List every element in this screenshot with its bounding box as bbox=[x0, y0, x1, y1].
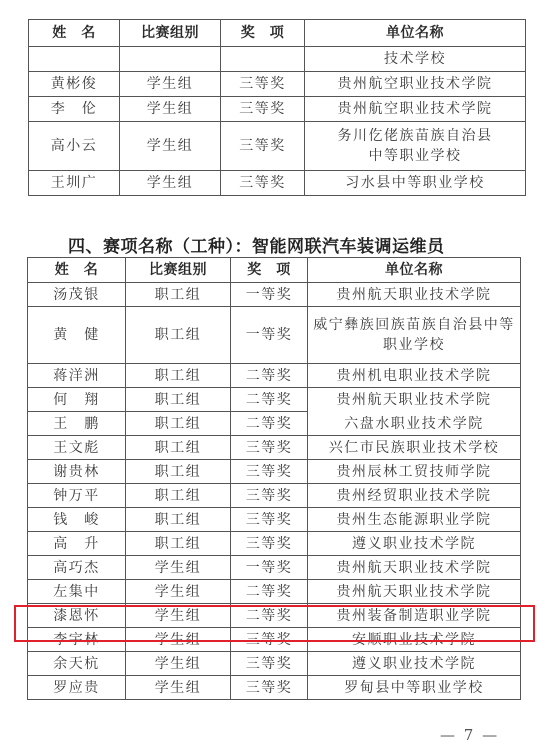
table-header-row: 姓 名 比赛组别 奖 项 单位名称 bbox=[29, 20, 526, 47]
cell-name: 李宇林 bbox=[28, 628, 126, 652]
cell-unit: 习水县中等职业学校 bbox=[305, 171, 526, 196]
table-row: 王圳广 学生组 三等奖 习水县中等职业学校 bbox=[29, 171, 526, 196]
cell-group: 职工组 bbox=[126, 460, 231, 484]
table-row: 左集中 学生组 二等奖 贵州航天职业技术学院 bbox=[28, 580, 521, 604]
table-row: 蒋洋洲 职工组 二等奖 贵州机电职业技术学院 bbox=[28, 364, 521, 388]
header-group: 比赛组别 bbox=[120, 20, 221, 47]
header-unit: 单位名称 bbox=[305, 20, 526, 47]
cell-award: 三等奖 bbox=[231, 508, 308, 532]
cell-unit: 遵义职业技术学院 bbox=[308, 532, 521, 556]
cell-group: 学生组 bbox=[126, 628, 231, 652]
cell-name: 黄彬俊 bbox=[29, 72, 120, 97]
cell-award: 三等奖 bbox=[221, 122, 305, 171]
cell-unit: 安顺职业技术学院 bbox=[308, 628, 521, 652]
cell-unit-line: 务川仡佬族苗族自治县 bbox=[305, 126, 525, 146]
header-name: 姓 名 bbox=[28, 258, 126, 283]
cell-name bbox=[29, 47, 120, 72]
award-table-smart-connected-vehicle: 姓 名 比赛组别 奖 项 单位名称 汤茂银 职工组 一等奖 贵州航天职业技术学院… bbox=[27, 257, 521, 700]
cell-award: 二等奖 bbox=[231, 388, 308, 412]
table-row-highlighted: 漆恩怀 学生组 二等奖 贵州装备制造职业学院 bbox=[28, 604, 521, 628]
cell-name: 李 伦 bbox=[29, 97, 120, 122]
cell-group: 学生组 bbox=[120, 122, 221, 171]
cell-unit: 六盘水职业技术学院 bbox=[308, 412, 521, 436]
cell-award bbox=[221, 47, 305, 72]
cell-name: 王 鹏 bbox=[28, 412, 126, 436]
table-row: 钟万平 职工组 三等奖 贵州经贸职业技术学院 bbox=[28, 484, 521, 508]
award-table-continued: 姓 名 比赛组别 奖 项 单位名称 技术学校 黄彬俊 学生组 三等奖 贵州航空职… bbox=[28, 19, 526, 196]
table-row: 黄 健 职工组 一等奖 威宁彝族回族苗族自治县中等 职业学校 bbox=[28, 307, 521, 364]
header-unit: 单位名称 bbox=[308, 258, 521, 283]
cell-unit-line: 职业学校 bbox=[308, 335, 520, 355]
table-row: 何 翔 职工组 二等奖 贵州航天职业技术学院 bbox=[28, 388, 521, 412]
cell-award: 三等奖 bbox=[231, 484, 308, 508]
cell-group bbox=[120, 47, 221, 72]
table-row: 汤茂银 职工组 一等奖 贵州航天职业技术学院 bbox=[28, 283, 521, 307]
cell-name: 何 翔 bbox=[28, 388, 126, 412]
cell-unit: 兴仁市民族职业技术学校 bbox=[308, 436, 521, 460]
cell-unit: 遵义职业技术学院 bbox=[308, 652, 521, 676]
cell-award: 三等奖 bbox=[221, 171, 305, 196]
cell-award: 三等奖 bbox=[231, 436, 308, 460]
cell-name: 余天杭 bbox=[28, 652, 126, 676]
cell-group: 学生组 bbox=[126, 676, 231, 700]
cell-name: 漆恩怀 bbox=[28, 604, 126, 628]
cell-award: 二等奖 bbox=[231, 604, 308, 628]
cell-group: 职工组 bbox=[126, 508, 231, 532]
table-row: 谢贵林 职工组 三等奖 贵州辰林工贸技师学院 bbox=[28, 460, 521, 484]
header-group: 比赛组别 bbox=[126, 258, 231, 283]
cell-unit: 贵州航天职业技术学院 bbox=[308, 580, 521, 604]
cell-name: 蒋洋洲 bbox=[28, 364, 126, 388]
cell-name: 高 升 bbox=[28, 532, 126, 556]
cell-name: 钟万平 bbox=[28, 484, 126, 508]
cell-name: 高巧杰 bbox=[28, 556, 126, 580]
table-row: 高巧杰 学生组 一等奖 贵州航天职业技术学院 bbox=[28, 556, 521, 580]
header-name: 姓 名 bbox=[29, 20, 120, 47]
table-row: 钱 峻 职工组 三等奖 贵州生态能源职业学院 bbox=[28, 508, 521, 532]
cell-award: 三等奖 bbox=[231, 532, 308, 556]
cell-group: 学生组 bbox=[126, 652, 231, 676]
cell-award: 三等奖 bbox=[231, 652, 308, 676]
table-row: 高小云 学生组 三等奖 务川仡佬族苗族自治县 中等职业学校 bbox=[29, 122, 526, 171]
table-row: 黄彬俊 学生组 三等奖 贵州航空职业技术学院 bbox=[29, 72, 526, 97]
cell-unit: 贵州航天职业技术学院 bbox=[308, 388, 521, 412]
cell-award: 三等奖 bbox=[231, 628, 308, 652]
cell-award: 三等奖 bbox=[221, 97, 305, 122]
cell-unit-line: 中等职业学校 bbox=[305, 146, 525, 166]
cell-name: 左集中 bbox=[28, 580, 126, 604]
cell-award: 三等奖 bbox=[231, 676, 308, 700]
cell-award: 一等奖 bbox=[231, 307, 308, 364]
cell-unit: 威宁彝族回族苗族自治县中等 职业学校 bbox=[308, 307, 521, 364]
cell-group: 职工组 bbox=[126, 532, 231, 556]
header-award: 奖 项 bbox=[231, 258, 308, 283]
cell-unit: 罗甸县中等职业学校 bbox=[308, 676, 521, 700]
cell-name: 高小云 bbox=[29, 122, 120, 171]
cell-group: 学生组 bbox=[120, 171, 221, 196]
cell-unit: 贵州装备制造职业学院 bbox=[308, 604, 521, 628]
cell-award: 三等奖 bbox=[231, 460, 308, 484]
table-header-row: 姓 名 比赛组别 奖 项 单位名称 bbox=[28, 258, 521, 283]
cell-unit: 贵州机电职业技术学院 bbox=[308, 364, 521, 388]
cell-unit: 贵州航空职业技术学院 bbox=[305, 72, 526, 97]
cell-name: 黄 健 bbox=[28, 307, 126, 364]
cell-unit: 贵州航天职业技术学院 bbox=[308, 556, 521, 580]
table-row: 余天杭 学生组 三等奖 遵义职业技术学院 bbox=[28, 652, 521, 676]
cell-name: 王圳广 bbox=[29, 171, 120, 196]
table-row: 高 升 职工组 三等奖 遵义职业技术学院 bbox=[28, 532, 521, 556]
cell-unit: 贵州生态能源职业学院 bbox=[308, 508, 521, 532]
cell-group: 职工组 bbox=[126, 364, 231, 388]
cell-group: 学生组 bbox=[126, 604, 231, 628]
cell-group: 学生组 bbox=[126, 580, 231, 604]
cell-award: 二等奖 bbox=[231, 412, 308, 436]
cell-group: 职工组 bbox=[126, 412, 231, 436]
cell-name: 王文彪 bbox=[28, 436, 126, 460]
table-row: 王 鹏 职工组 二等奖 六盘水职业技术学院 bbox=[28, 412, 521, 436]
cell-award: 二等奖 bbox=[231, 364, 308, 388]
cell-group: 学生组 bbox=[126, 556, 231, 580]
cell-unit: 务川仡佬族苗族自治县 中等职业学校 bbox=[305, 122, 526, 171]
cell-unit: 贵州航空职业技术学院 bbox=[305, 97, 526, 122]
cell-award: 一等奖 bbox=[231, 556, 308, 580]
cell-group: 学生组 bbox=[120, 72, 221, 97]
table-row: 王文彪 职工组 三等奖 兴仁市民族职业技术学校 bbox=[28, 436, 521, 460]
table-row: 李宇林 学生组 三等奖 安顺职业技术学院 bbox=[28, 628, 521, 652]
cell-group: 学生组 bbox=[120, 97, 221, 122]
cell-group: 职工组 bbox=[126, 307, 231, 364]
cell-name: 罗应贵 bbox=[28, 676, 126, 700]
cell-award: 一等奖 bbox=[231, 283, 308, 307]
cell-group: 职工组 bbox=[126, 388, 231, 412]
cell-name: 钱 峻 bbox=[28, 508, 126, 532]
cell-name: 汤茂银 bbox=[28, 283, 126, 307]
cell-name: 谢贵林 bbox=[28, 460, 126, 484]
cell-unit: 贵州辰林工贸技师学院 bbox=[308, 460, 521, 484]
cell-unit: 技术学校 bbox=[305, 47, 526, 72]
section-title: 四、赛项名称（工种）：智能网联汽车装调运维员 bbox=[68, 232, 445, 257]
table-row: 技术学校 bbox=[29, 47, 526, 72]
cell-award: 三等奖 bbox=[221, 72, 305, 97]
page-number: — 7 — bbox=[440, 726, 499, 744]
cell-unit: 贵州航天职业技术学院 bbox=[308, 283, 521, 307]
cell-group: 职工组 bbox=[126, 283, 231, 307]
cell-group: 职工组 bbox=[126, 484, 231, 508]
cell-award: 二等奖 bbox=[231, 580, 308, 604]
cell-unit-line: 威宁彝族回族苗族自治县中等 bbox=[308, 315, 520, 335]
header-award: 奖 项 bbox=[221, 20, 305, 47]
cell-unit: 贵州经贸职业技术学院 bbox=[308, 484, 521, 508]
table-row: 李 伦 学生组 三等奖 贵州航空职业技术学院 bbox=[29, 97, 526, 122]
cell-group: 职工组 bbox=[126, 436, 231, 460]
table-row: 罗应贵 学生组 三等奖 罗甸县中等职业学校 bbox=[28, 676, 521, 700]
